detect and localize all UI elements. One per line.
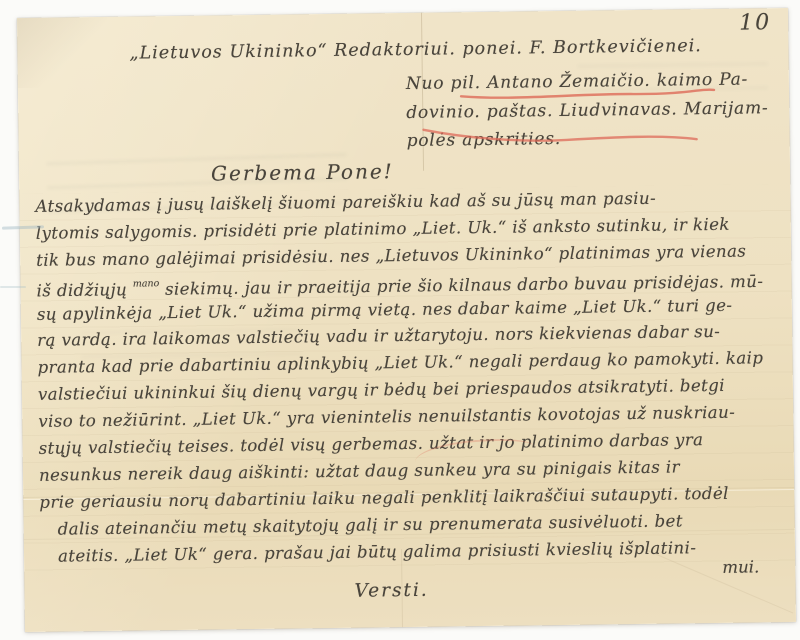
corner-shadow [17, 17, 108, 88]
scan-background: 10 „Lietuvos Ukininko“ Redaktoriui. pone… [0, 0, 800, 640]
recipient-line: „Lietuvos Ukininko“ Redaktoriui. ponei. … [129, 36, 702, 63]
greeting: Gerbema Pone! [211, 159, 394, 185]
letter-paper: 10 „Lietuvos Ukininko“ Redaktoriui. pone… [17, 8, 796, 632]
scanner-margin-mark [0, 286, 26, 288]
sender-line: Nuo pil. Antano Žemaičio. kaimo Pa- [406, 65, 769, 98]
turn-over-note: Versti. [354, 580, 428, 602]
sender-line: dovinio. paštas. Liudvinavas. Marijam- [406, 94, 769, 127]
scanned-letter-page: { "page": { "number": "10" }, "letter": … [0, 0, 800, 640]
page-number: 10 [739, 10, 771, 35]
body-line-pre: iš didžiųjų [36, 280, 133, 300]
letter-body: Atsakydamas į jusų laiškelį šiuomi parei… [35, 184, 767, 570]
inserted-word: mano [133, 278, 160, 289]
hyphen-carry-word: mui. [722, 557, 759, 576]
sender-line: polės apskrities. [406, 122, 769, 155]
sender-address-block: Nuo pil. Antano Žemaičio. kaimo Pa- dovi… [406, 65, 769, 156]
